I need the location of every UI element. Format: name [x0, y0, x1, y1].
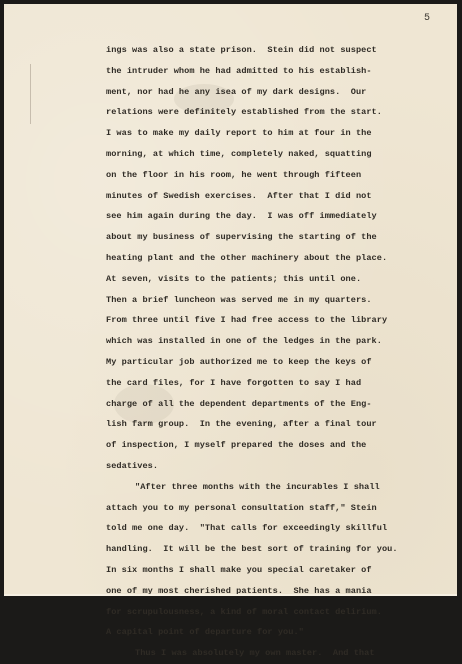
text-line: From three until five I had free access … [106, 310, 436, 331]
text-line: My particular job authorized me to keep … [106, 352, 436, 373]
text-line: which was installed in one of the ledges… [106, 331, 436, 352]
text-line-paragraph-start: "After three months with the incurables … [106, 477, 436, 498]
margin-pencil-mark [30, 64, 31, 124]
text-line: heating plant and the other machinery ab… [106, 248, 436, 269]
body-text: ings was also a state prison. Stein did … [106, 40, 436, 600]
text-line: one of my most cherished patients. She h… [106, 581, 436, 600]
text-line: the intruder whom he had admitted to his… [106, 61, 436, 82]
text-line: ings was also a state prison. Stein did … [106, 40, 436, 61]
text-line: lish farm group. In the evening, after a… [106, 414, 436, 435]
text-line: charge of all the dependent departments … [106, 394, 436, 415]
typewritten-page: 5 ings was also a state prison. Stein di… [4, 4, 457, 595]
text-line: handling. It will be the best sort of tr… [106, 539, 436, 560]
text-line: Then a brief luncheon was served me in m… [106, 290, 436, 311]
text-line: sedatives. [106, 456, 436, 477]
text-line: of inspection, I myself prepared the dos… [106, 435, 436, 456]
text-line: on the floor in his room, he went throug… [106, 165, 436, 186]
text-line: told me one day. "That calls for exceedi… [106, 518, 436, 539]
text-line: In six months I shall make you special c… [106, 560, 436, 581]
text-line: the card files, for I have forgotten to … [106, 373, 436, 394]
page-number: 5 [424, 13, 430, 24]
text-line: ment, nor had he any isea of my dark des… [106, 82, 436, 103]
text-line: about my business of supervising the sta… [106, 227, 436, 248]
scan-frame: 5 ings was also a state prison. Stein di… [0, 0, 462, 600]
text-line: minutes of Swedish exercises. After that… [106, 186, 436, 207]
page-edge [4, 594, 457, 596]
text-line: At seven, visits to the patients; this u… [106, 269, 436, 290]
text-line: relations were definitely established fr… [106, 102, 436, 123]
text-line: I was to make my daily report to him at … [106, 123, 436, 144]
text-line: morning, at which time, completely naked… [106, 144, 436, 165]
text-line: see him again during the day. I was off … [106, 206, 436, 227]
text-line: attach you to my personal consultation s… [106, 498, 436, 519]
